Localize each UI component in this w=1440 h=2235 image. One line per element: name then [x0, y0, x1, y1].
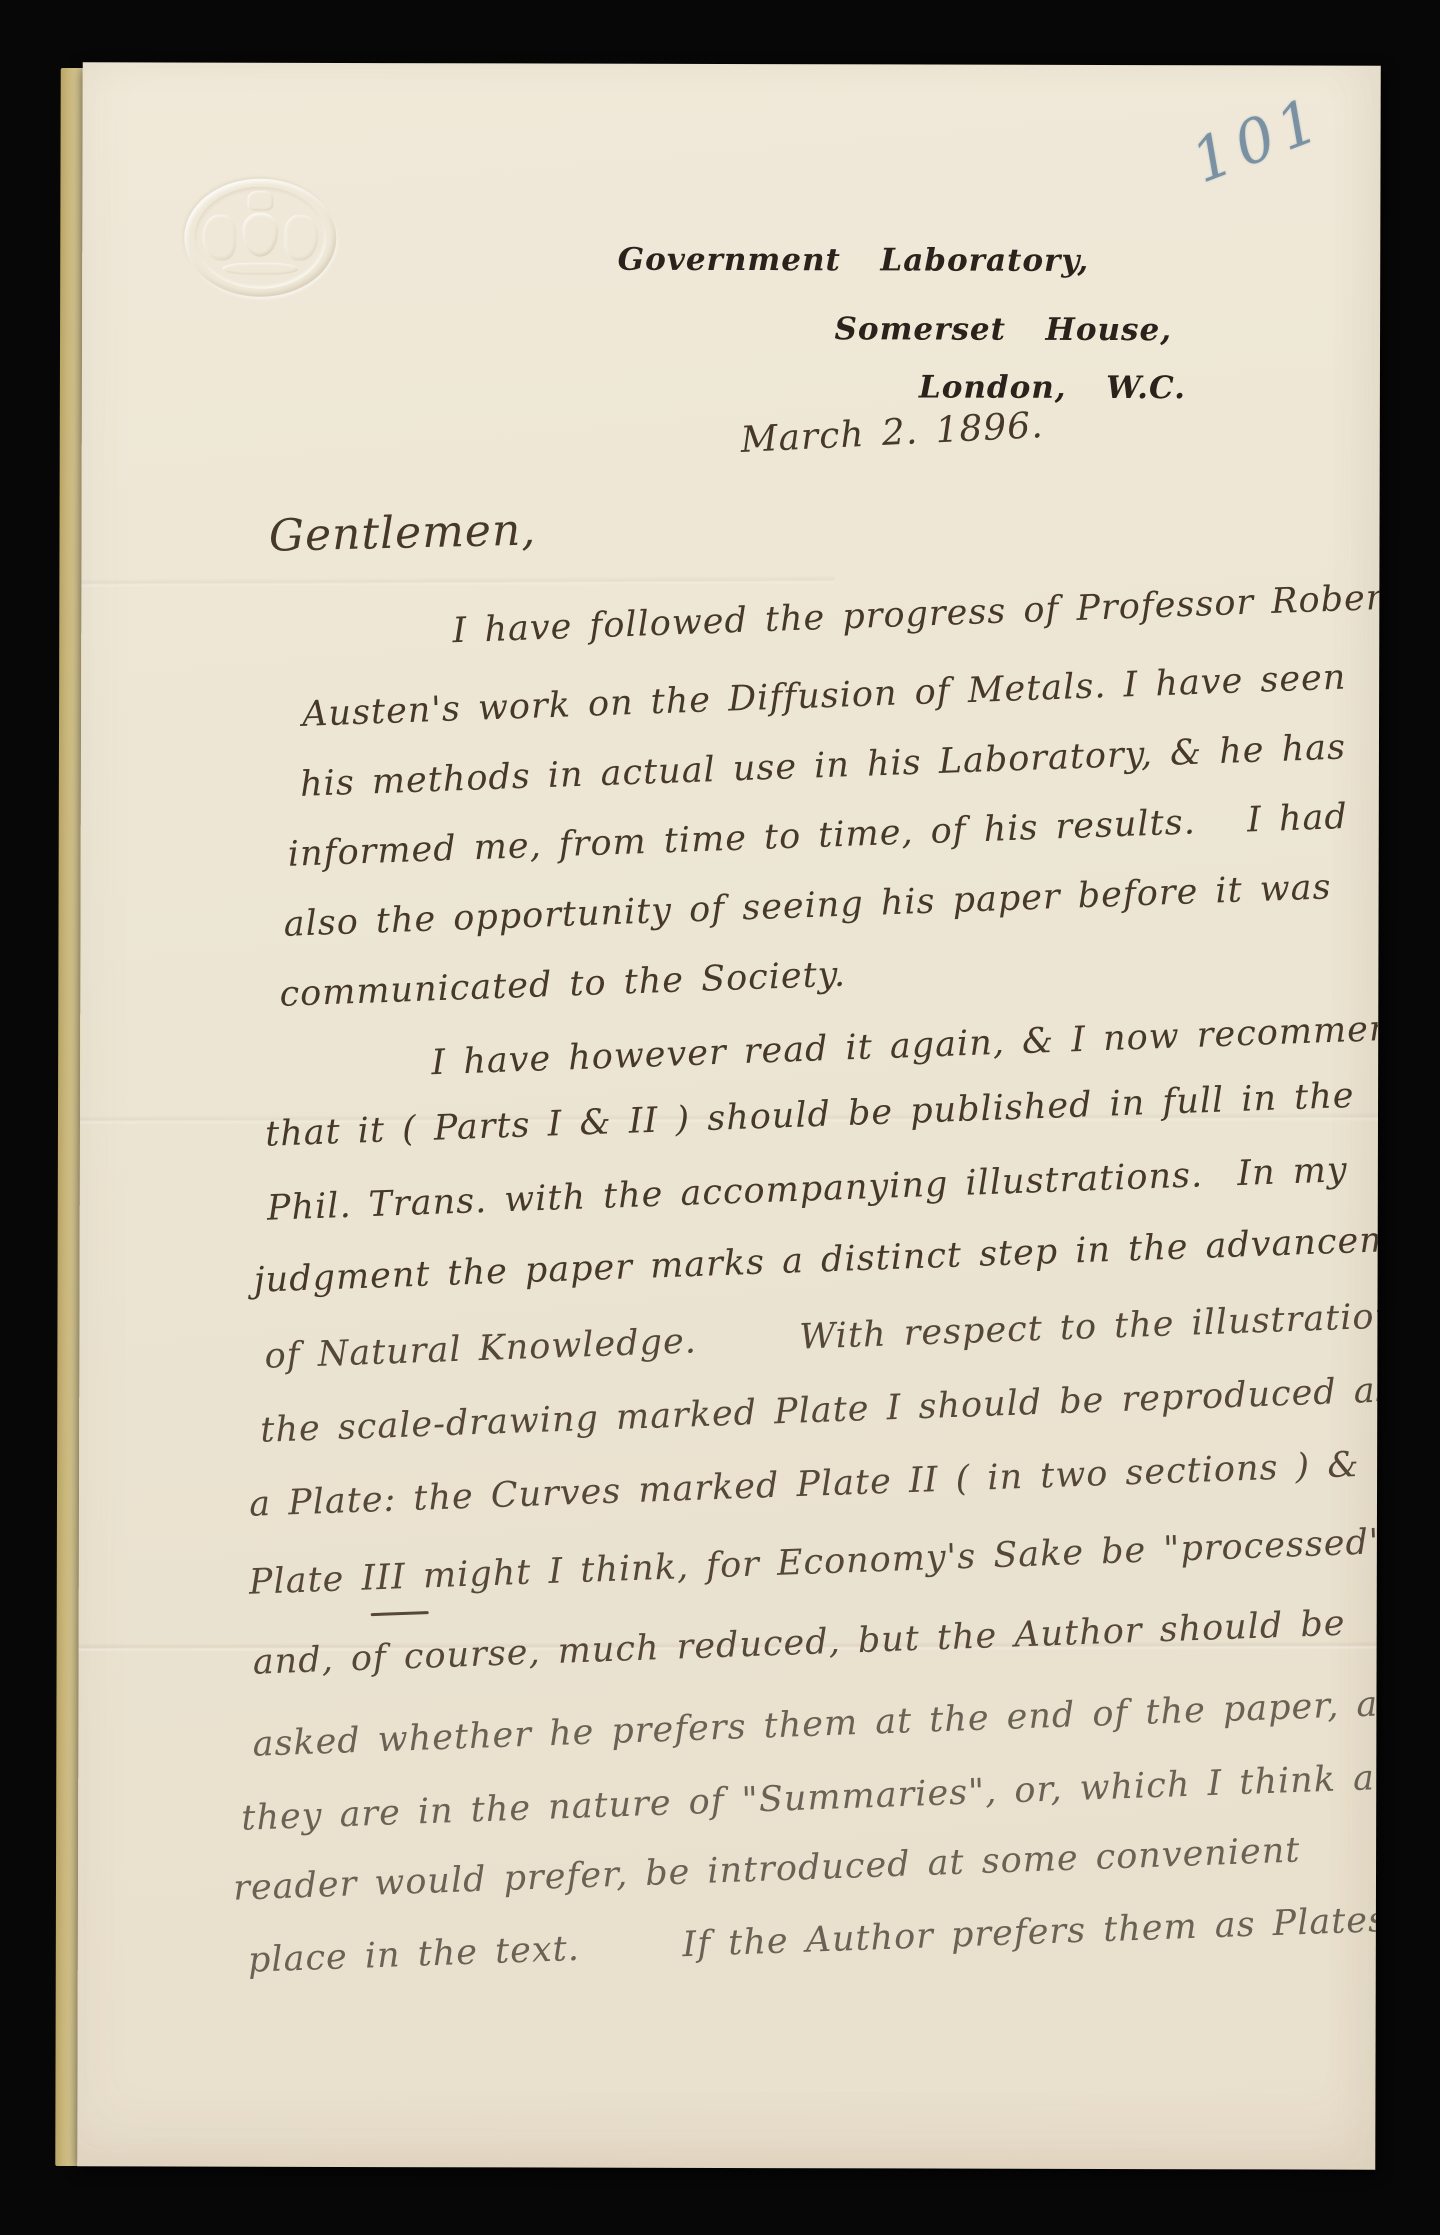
body-line: asked whether he prefers them at the end…	[252, 1684, 1381, 1765]
body-line: Austen's work on the Diffusion of Metals…	[302, 658, 1347, 735]
body-line: judgment the paper marks a distinct step…	[253, 1218, 1381, 1301]
date-line: March 2. 1896.	[740, 405, 1045, 461]
seal-motto-banner	[222, 263, 298, 275]
body-line: Phil. Trans. with the accompanying illus…	[266, 1150, 1348, 1229]
letter-paper: 101 Government Laboratory, Somerset Hous…	[77, 62, 1381, 2169]
seal-crown	[247, 191, 273, 211]
body-line: I have followed the progress of Professo…	[452, 577, 1381, 651]
letterhead-line-2: Somerset House,	[835, 311, 1173, 348]
body-line: I have however read it again, & I now re…	[431, 1008, 1381, 1083]
salutation: Gentlemen,	[268, 505, 537, 562]
body-line: Plate III might I think, for Economy's S…	[248, 1522, 1380, 1603]
black-background: 101 Government Laboratory, Somerset Hous…	[0, 0, 1440, 2235]
plate-iii-underline	[371, 1611, 429, 1616]
body-line: reader would prefer, be introduced at so…	[232, 1831, 1300, 1909]
letterhead-line-3: London, W.C.	[919, 369, 1186, 406]
body-line: informed me, from time to time, of his r…	[287, 797, 1348, 875]
body-line: and, of course, much reduced, but the Au…	[252, 1604, 1346, 1683]
body-line: place in the text. If the Author prefers…	[247, 1900, 1380, 1981]
body-line: of Natural Knowledge. With respect to th…	[264, 1295, 1381, 1377]
body-line: the scale-drawing marked Plate I should …	[260, 1370, 1381, 1451]
body-line: his methods in actual use in his Laborat…	[299, 727, 1346, 804]
royal-coat-of-arms-seal	[184, 179, 336, 297]
letterhead-line-1: Government Laboratory,	[618, 242, 1090, 279]
body-line: that it ( Parts I & II ) should be publi…	[264, 1076, 1355, 1155]
body-line: also the opportunity of seeing his paper…	[283, 867, 1332, 944]
body-line: a Plate: the Curves marked Plate II ( in…	[248, 1445, 1360, 1525]
seal-lion	[202, 215, 236, 261]
fold-crease	[81, 576, 834, 588]
body-line: communicated to the Society.	[279, 955, 847, 1015]
body-line: they are in the nature of "Summaries", o…	[241, 1758, 1376, 1839]
archival-page-number: 101	[1183, 84, 1335, 198]
